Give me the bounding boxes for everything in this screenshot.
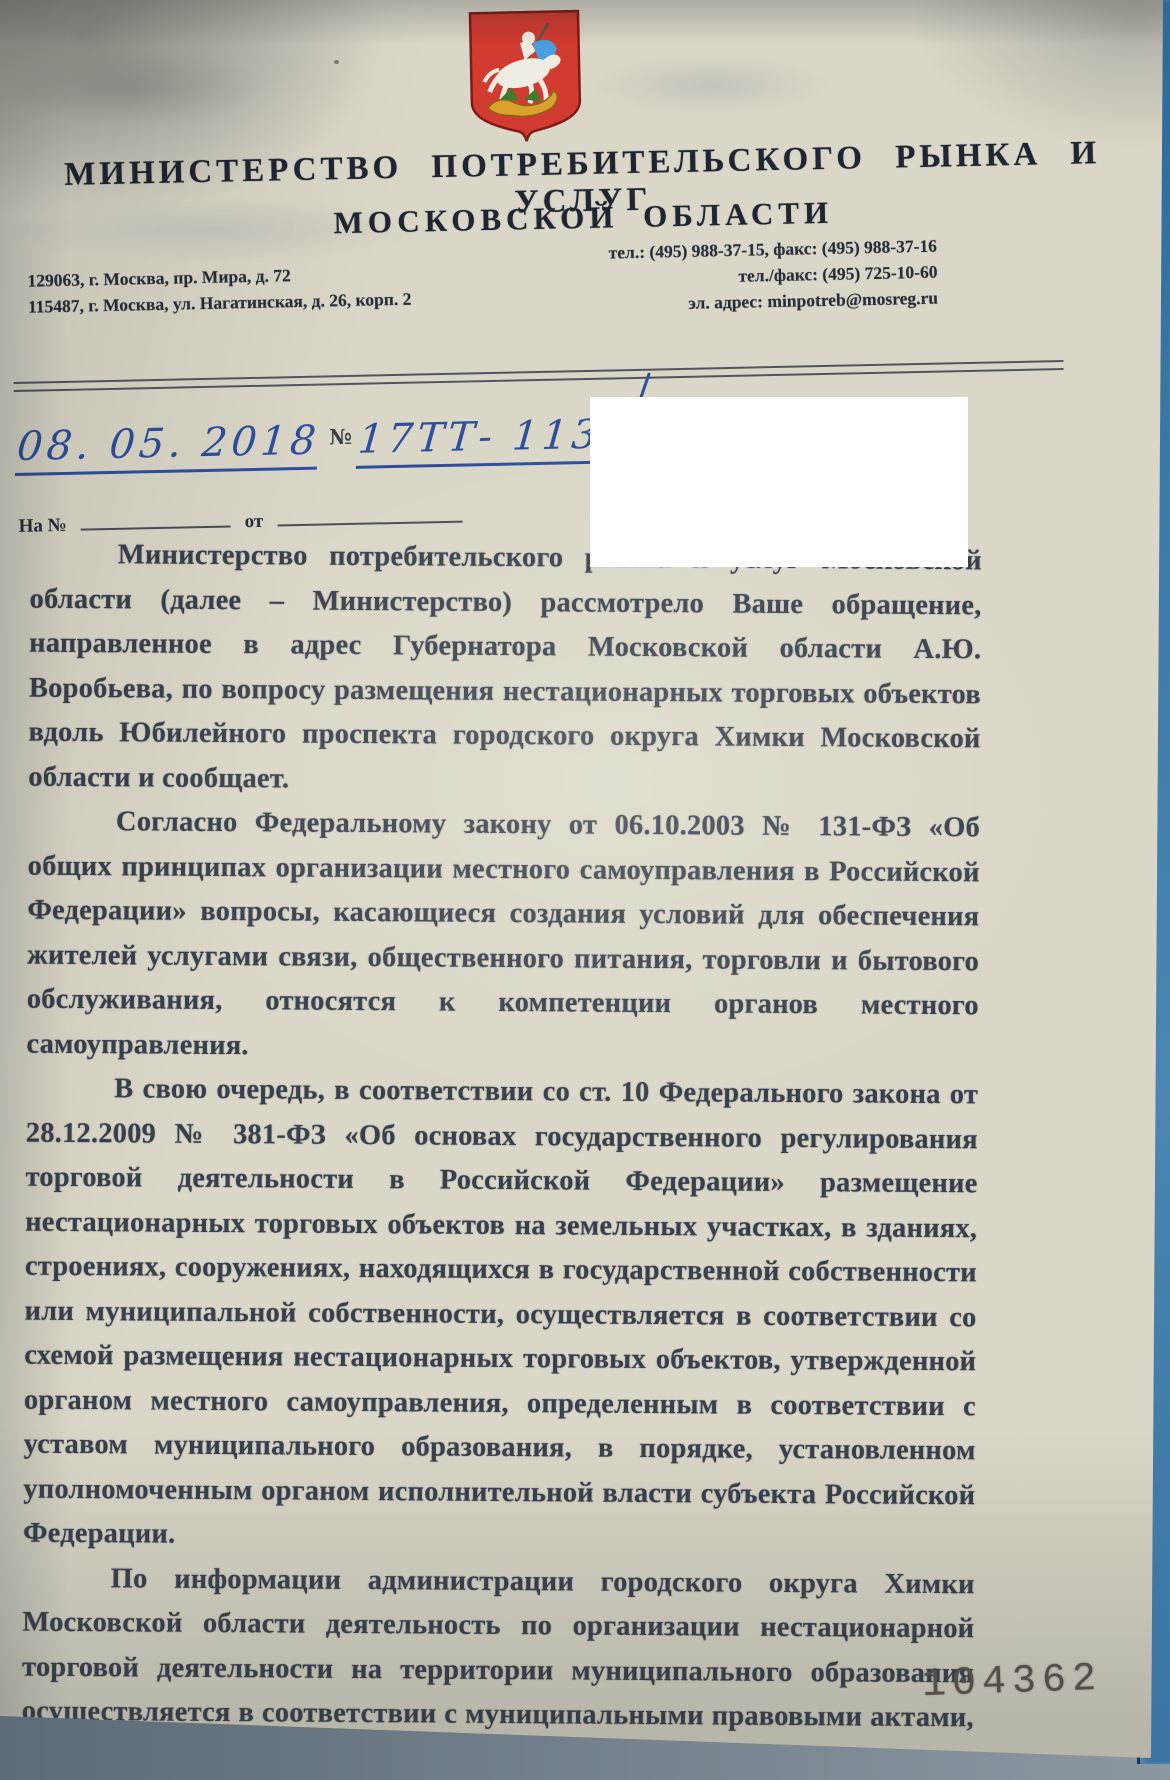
body-paragraph: Согласно Федеральному закону от 06.10.20… <box>26 800 980 1074</box>
number-sign: № <box>329 424 352 449</box>
redaction-box <box>590 397 968 567</box>
body-paragraph: По информации администрации городского о… <box>21 1556 975 1780</box>
handwritten-date: 08. 05. 2018 <box>15 418 322 476</box>
body-paragraph: Министерство потребительского рынка и ус… <box>28 533 982 807</box>
body-paragraph: В свою очередь, в соответствии со ст. 10… <box>23 1067 978 1563</box>
incoming-date-blank <box>277 501 462 527</box>
registration-stamp-number: 104362 <box>921 1657 1102 1708</box>
body-paragraphs: Министерство потребительского рынка и ус… <box>21 533 982 1780</box>
letterhead: МИНИСТЕРСТВО ПОТРЕБИТЕЛЬСКОГО РЫНКА И УС… <box>0 0 1170 547</box>
moscow-oblast-coat-of-arms-icon <box>462 8 589 145</box>
ministry-contacts-block: тел.: (495) 988-37-15, факс: (495) 988-3… <box>0 233 938 331</box>
document-photo: МИНИСТЕРСТВО ПОТРЕБИТЕЛЬСКОГО РЫНКА И УС… <box>0 0 1170 1780</box>
letter-body: Министерство потребительского рынка и ус… <box>21 533 982 1780</box>
incoming-number-blank <box>80 505 230 530</box>
letter-paper: МИНИСТЕРСТВО ПОТРЕБИТЕЛЬСКОГО РЫНКА И УС… <box>0 0 1170 1780</box>
letterhead-divider-rule <box>14 360 1064 392</box>
ot-label: от <box>244 511 263 532</box>
